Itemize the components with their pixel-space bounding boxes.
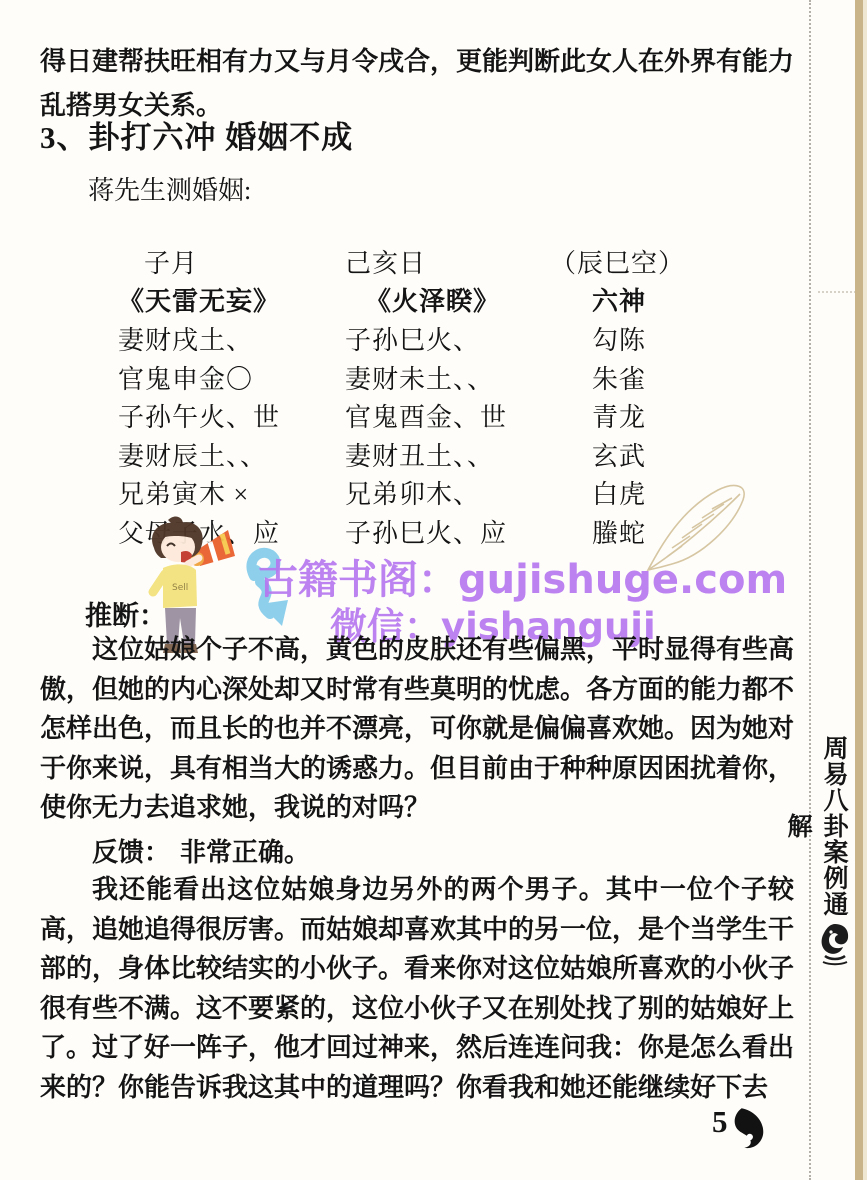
hexagram-line: 兄弟卯木、: [345, 474, 560, 513]
hexagram-line: 子孙巳火、: [345, 319, 560, 358]
analysis-label: 推断：: [85, 594, 166, 633]
day-pillar: 己亥日: [345, 242, 560, 281]
page-number: 5: [712, 1104, 728, 1140]
page-edge-strip: [855, 0, 863, 1180]
followup-paragraph: 我还能看出这位姑娘身边另外的两个男子。其中一位个子较高，追她追得很厉害。而姑娘却…: [40, 870, 794, 1107]
changed-hexagram-column: 己亥日 《火泽睽》 子孙巳火、 妻财未土、、 官鬼酉金、世 妻财丑土、、 兄弟卯…: [345, 242, 560, 551]
intro-line-1: 得日建帮扶旺相有力又与月令戌合，更能判断此女人在外界有能力: [40, 40, 796, 84]
page-footer: 5: [712, 1104, 765, 1150]
feedback-text: 非常正确。: [180, 838, 310, 867]
main-hexagram-column: 子月 《天雷无妄》 妻财戌土、 官鬼申金〇 子孙午火、世 妻财辰土、、 兄弟寅木…: [118, 242, 348, 551]
book-side-title: 周易八卦案例通解: [817, 726, 851, 926]
main-hexagram-name: 《天雷无妄》: [118, 281, 348, 320]
yin-yang-icon: [729, 1106, 765, 1150]
liushen-name: 青龙: [550, 396, 710, 435]
hexagram-line: 兄弟寅木 ×: [118, 474, 348, 513]
liushen-name: 朱雀: [550, 358, 710, 397]
hexagram-line: 妻财未土、、: [345, 358, 560, 397]
liushen-name: 勾陈: [550, 319, 710, 358]
svg-text:Sell: Sell: [172, 583, 188, 593]
scan-artifact: [818, 291, 856, 293]
feedback-line: 反馈：非常正确。: [40, 832, 310, 869]
month-pillar: 子月: [118, 242, 348, 281]
dragon-seal-icon: [818, 922, 852, 966]
hexagram-line: 妻财辰土、、: [118, 435, 348, 474]
liushen-name: 玄武: [550, 435, 710, 474]
section-heading: 3、卦打六冲 婚姻不成: [40, 112, 353, 157]
hexagram-line: 妻财丑土、、: [345, 435, 560, 474]
hexagram-line: 子孙巳火、应: [345, 512, 560, 551]
subject-line: 蒋先生测婚姻:: [88, 170, 251, 207]
analysis-paragraph: 这位姑娘个子不高，黄色的皮肤还有些偏黑，平时显得有些高傲，但她的内心深处却又时常…: [40, 630, 794, 828]
page-fold-divider: [809, 0, 811, 1180]
changed-hexagram-name: 《火泽睽》: [345, 281, 560, 320]
book-page: 得日建帮扶旺相有力又与月令戌合，更能判断此女人在外界有能力 乱搭男女关系。 3、…: [0, 0, 867, 1180]
void-branches: （辰巳空）: [550, 242, 710, 281]
page-edge-highlight: [863, 0, 867, 1180]
feedback-label: 反馈：: [92, 838, 170, 867]
hexagram-line: 官鬼酉金、世: [345, 396, 560, 435]
hexagram-line: 子孙午火、世: [118, 396, 348, 435]
hexagram-line: 官鬼申金〇: [118, 358, 348, 397]
liushen-header: 六神: [550, 281, 710, 320]
hexagram-line: 妻财戌土、: [118, 319, 348, 358]
